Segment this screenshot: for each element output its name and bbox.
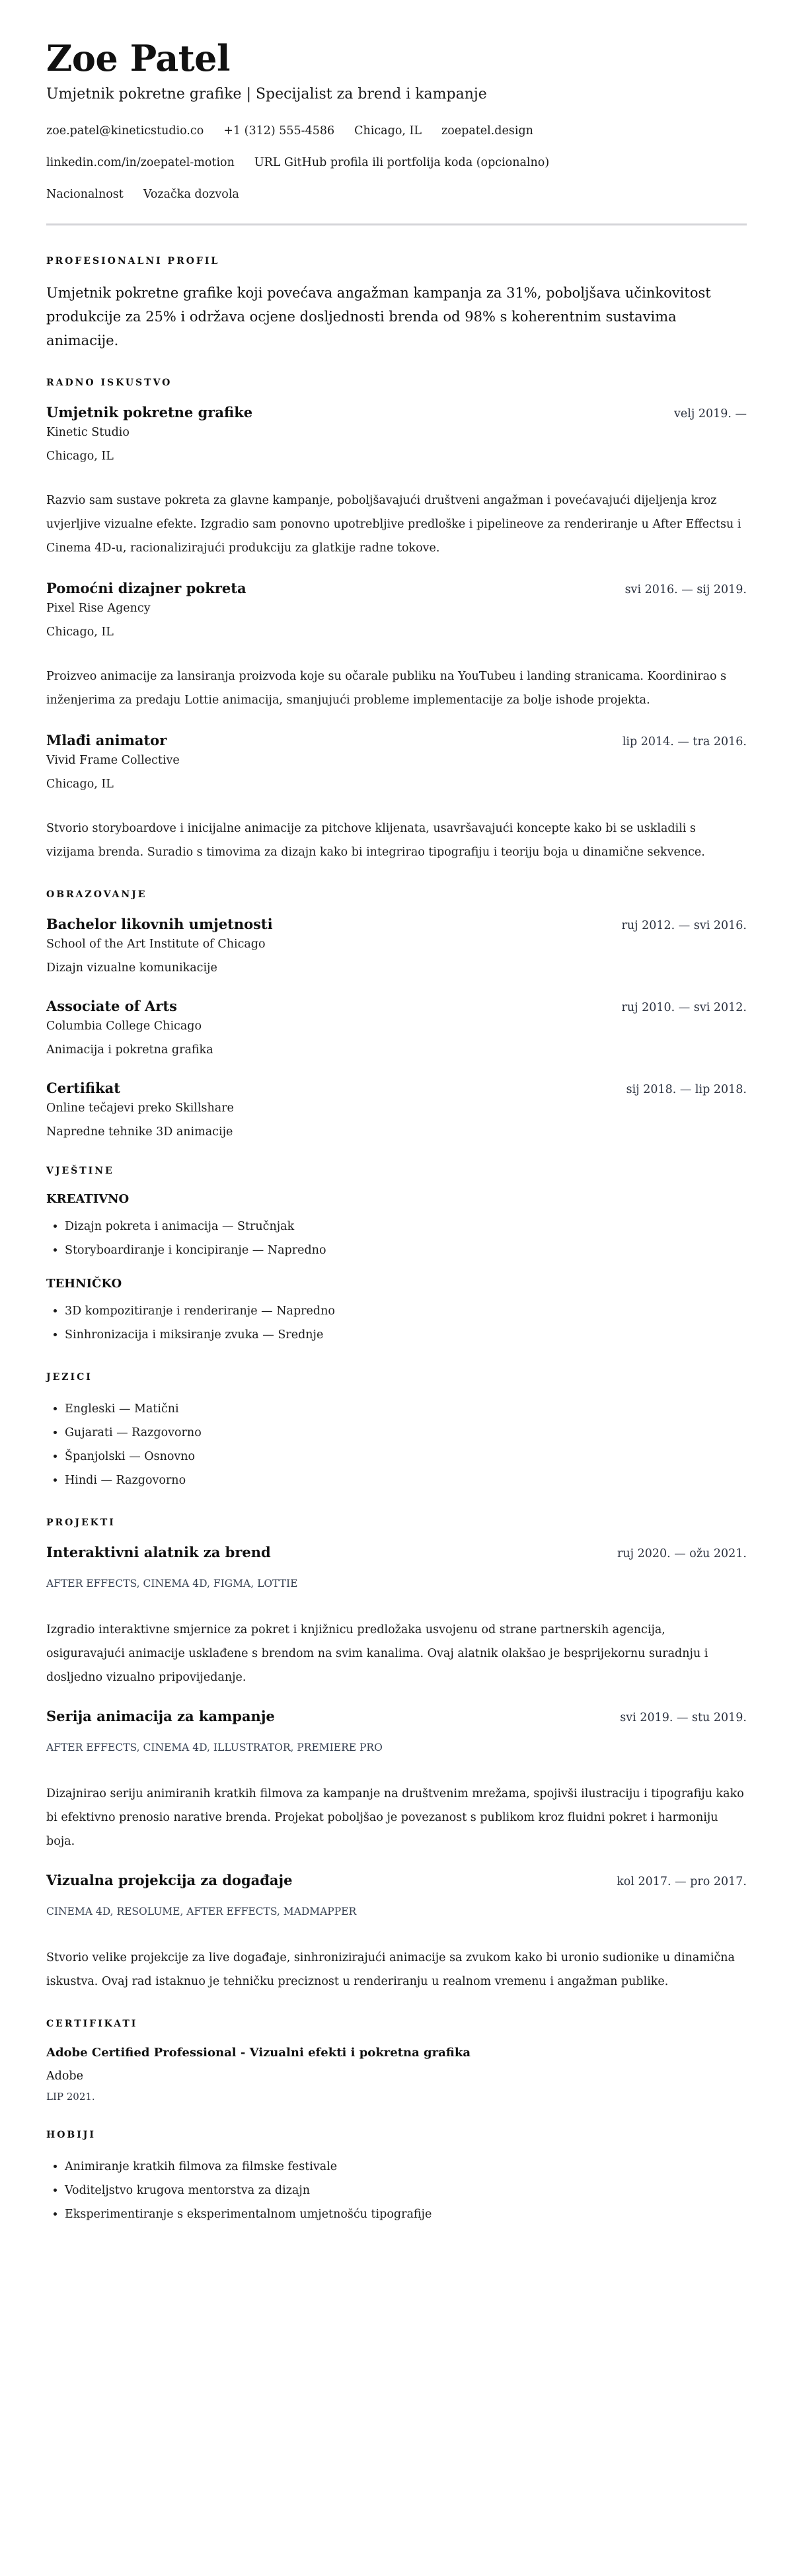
field-of-study: Napredne tehnike 3D animacije <box>46 1123 747 1141</box>
contact-row: zoe.patel@kineticstudio.co+1 (312) 555-4… <box>46 123 747 139</box>
contact-item[interactable]: linkedin.com/in/zoepatel-motion <box>46 155 235 171</box>
job-description: Stvorio storyboardove i inicijalne anima… <box>46 817 747 864</box>
education-section: OBRAZOVANJE Bachelor likovnih umjetnosti… <box>46 888 747 1141</box>
skill-group-title: TEHNIČKO <box>46 1275 747 1293</box>
contact-item[interactable]: zoepatel.design <box>441 123 533 139</box>
entry-header: Umjetnik pokretne grafikevelj 2019. — <box>46 403 747 424</box>
job-description: Proizveo animacije za lansiranja proizvo… <box>46 664 747 712</box>
job-dates: velj 2019. — <box>674 404 747 424</box>
projects-list: Interaktivni alatnik za brendruj 2020. —… <box>46 1543 747 1993</box>
language-item: Engleski — Matični <box>65 1397 747 1421</box>
experience-section: RADNO ISKUSTVO Umjetnik pokretne grafike… <box>46 376 747 864</box>
skill-list: 3D kompozitiranje i renderiranje — Napre… <box>46 1299 747 1347</box>
contact-row: NacionalnostVozačka dozvola <box>46 186 747 202</box>
project-name: Interaktivni alatnik za brend <box>46 1543 271 1562</box>
languages-section: JEZICI Engleski — MatičniGujarati — Razg… <box>46 1371 747 1492</box>
section-title: PROFESIONALNI PROFIL <box>46 255 747 268</box>
skill-item: 3D kompozitiranje i renderiranje — Napre… <box>65 1299 747 1323</box>
project-entry: Vizualna projekcija za događajekol 2017.… <box>46 1871 747 1993</box>
section-title: HOBIJI <box>46 2128 747 2142</box>
company-name: Pixel Rise Agency <box>46 600 747 617</box>
resume-page: Zoe Patel Umjetnik pokretne grafike | Sp… <box>0 0 793 2276</box>
hobbies-section: HOBIJI Animiranje kratkih filmova za fil… <box>46 2128 747 2226</box>
experience-entry: Umjetnik pokretne grafikevelj 2019. —Kin… <box>46 403 747 560</box>
education-dates: sij 2018. — lip 2018. <box>626 1080 747 1100</box>
entry-header: Serija animacija za kampanjesvi 2019. — … <box>46 1707 747 1728</box>
certificate-issuer: Adobe <box>46 2068 747 2085</box>
project-tech-stack: AFTER EFFECTS, CINEMA 4D, FIGMA, LOTTIE <box>46 1576 747 1591</box>
experience-entry: Pomoćni dizajner pokretasvi 2016. — sij … <box>46 579 747 712</box>
experience-list: Umjetnik pokretne grafikevelj 2019. —Kin… <box>46 403 747 864</box>
school-name: Online tečajevi preko Skillshare <box>46 1100 747 1117</box>
profile-summary: Umjetnik pokretne grafike koji povećava … <box>46 281 747 352</box>
project-name: Vizualna projekcija za događaje <box>46 1871 292 1890</box>
company-name: Kinetic Studio <box>46 424 747 441</box>
section-title: JEZICI <box>46 1371 747 1384</box>
resume-header: Zoe Patel Umjetnik pokretne grafike | Sp… <box>46 37 747 202</box>
job-location: Chicago, IL <box>46 448 747 465</box>
contact-row: linkedin.com/in/zoepatel-motionURL GitHu… <box>46 155 747 171</box>
section-title: PROJEKTI <box>46 1516 747 1529</box>
project-name: Serija animacija za kampanje <box>46 1707 275 1726</box>
contact-item: Vozačka dozvola <box>143 186 239 202</box>
certificate-date: LIP 2021. <box>46 2089 747 2105</box>
skill-item: Storyboardiranje i koncipiranje — Napred… <box>65 1238 747 1262</box>
experience-entry: Mlađi animatorlip 2014. — tra 2016.Vivid… <box>46 731 747 864</box>
language-item: Gujarati — Razgovorno <box>65 1421 747 1445</box>
job-description: Razvio sam sustave pokreta za glavne kam… <box>46 489 747 560</box>
language-item: Španjolski — Osnovno <box>65 1445 747 1469</box>
skill-item: Sinhronizacija i miksiranje zvuka — Sred… <box>65 1323 747 1347</box>
contact-item: Chicago, IL <box>354 123 422 139</box>
entry-header: Pomoćni dizajner pokretasvi 2016. — sij … <box>46 579 747 600</box>
section-title: VJEŠTINE <box>46 1164 747 1178</box>
certificates-section: CERTIFIKATI Adobe Certified Professional… <box>46 2017 747 2105</box>
project-description: Izgradio interaktivne smjernice za pokre… <box>46 1618 747 1689</box>
degree-title: Associate of Arts <box>46 996 177 1016</box>
certificates-list: Adobe Certified Professional - Vizualni … <box>46 2044 747 2105</box>
education-entry: Bachelor likovnih umjetnostiruj 2012. — … <box>46 914 747 977</box>
project-tech-stack: CINEMA 4D, RESOLUME, AFTER EFFECTS, MADM… <box>46 1904 747 1919</box>
hobby-item: Voditeljstvo krugova mentorstva za dizaj… <box>65 2179 747 2202</box>
contact-item[interactable]: +1 (312) 555-4586 <box>223 123 334 139</box>
job-title: Umjetnik pokretne grafike <box>46 403 252 423</box>
project-tech-stack: AFTER EFFECTS, CINEMA 4D, ILLUSTRATOR, P… <box>46 1740 747 1755</box>
section-title: OBRAZOVANJE <box>46 888 747 901</box>
profile-section: PROFESIONALNI PROFIL Umjetnik pokretne g… <box>46 255 747 352</box>
certificate-name: Adobe Certified Professional - Vizualni … <box>46 2044 747 2062</box>
contact-info: zoe.patel@kineticstudio.co+1 (312) 555-4… <box>46 123 747 202</box>
school-name: Columbia College Chicago <box>46 1018 747 1035</box>
candidate-headline: Umjetnik pokretne grafike | Specijalist … <box>46 85 747 104</box>
section-title: CERTIFIKATI <box>46 2017 747 2031</box>
contact-item: URL GitHub profila ili portfolija koda (… <box>254 155 549 171</box>
job-title: Mlađi animator <box>46 731 167 750</box>
project-entry: Interaktivni alatnik za brendruj 2020. —… <box>46 1543 747 1689</box>
project-dates: ruj 2020. — ožu 2021. <box>617 1544 747 1564</box>
education-entry: Certifikatsij 2018. — lip 2018.Online te… <box>46 1078 747 1141</box>
skills-list: KREATIVNODizajn pokreta i animacija — St… <box>46 1191 747 1347</box>
candidate-name: Zoe Patel <box>46 37 747 79</box>
degree-title: Certifikat <box>46 1078 120 1098</box>
skill-item: Dizajn pokreta i animacija — Stručnjak <box>65 1215 747 1238</box>
company-name: Vivid Frame Collective <box>46 752 747 769</box>
entry-header: Vizualna projekcija za događajekol 2017.… <box>46 1871 747 1892</box>
entry-header: Certifikatsij 2018. — lip 2018. <box>46 1078 747 1100</box>
project-dates: kol 2017. — pro 2017. <box>617 1872 747 1892</box>
project-dates: svi 2019. — stu 2019. <box>620 1708 747 1728</box>
education-entry: Associate of Artsruj 2010. — svi 2012.Co… <box>46 996 747 1059</box>
language-item: Hindi — Razgovorno <box>65 1469 747 1492</box>
header-divider <box>46 223 747 225</box>
job-dates: svi 2016. — sij 2019. <box>625 580 747 600</box>
project-description: Dizajnirao seriju animiranih kratkih fil… <box>46 1782 747 1853</box>
entry-header: Bachelor likovnih umjetnostiruj 2012. — … <box>46 914 747 936</box>
job-dates: lip 2014. — tra 2016. <box>623 732 747 752</box>
degree-title: Bachelor likovnih umjetnosti <box>46 914 273 934</box>
job-location: Chicago, IL <box>46 624 747 641</box>
hobby-item: Eksperimentiranje s eksperimentalnom umj… <box>65 2202 747 2226</box>
contact-item: Nacionalnost <box>46 186 124 202</box>
entry-header: Associate of Artsruj 2010. — svi 2012. <box>46 996 747 1018</box>
field-of-study: Animacija i pokretna grafika <box>46 1041 747 1059</box>
project-entry: Serija animacija za kampanjesvi 2019. — … <box>46 1707 747 1853</box>
education-list: Bachelor likovnih umjetnostiruj 2012. — … <box>46 914 747 1141</box>
projects-section: PROJEKTI Interaktivni alatnik za brendru… <box>46 1516 747 1993</box>
education-dates: ruj 2010. — svi 2012. <box>622 998 747 1018</box>
project-description: Stvorio velike projekcije za live događa… <box>46 1946 747 1993</box>
section-title: RADNO ISKUSTVO <box>46 376 747 389</box>
certificate-entry: Adobe Certified Professional - Vizualni … <box>46 2044 747 2105</box>
hobby-item: Animiranje kratkih filmova za filmske fe… <box>65 2155 747 2179</box>
skill-group-title: KREATIVNO <box>46 1191 747 1208</box>
skills-section: VJEŠTINE KREATIVNODizajn pokreta i anima… <box>46 1164 747 1347</box>
job-location: Chicago, IL <box>46 776 747 793</box>
languages-list: Engleski — MatičniGujarati — RazgovornoŠ… <box>46 1397 747 1492</box>
job-title: Pomoćni dizajner pokreta <box>46 579 246 598</box>
hobbies-list: Animiranje kratkih filmova za filmske fe… <box>46 2155 747 2226</box>
field-of-study: Dizajn vizualne komunikacije <box>46 959 747 977</box>
entry-header: Mlađi animatorlip 2014. — tra 2016. <box>46 731 747 752</box>
school-name: School of the Art Institute of Chicago <box>46 936 747 953</box>
skill-list: Dizajn pokreta i animacija — StručnjakSt… <box>46 1215 747 1262</box>
contact-item[interactable]: zoe.patel@kineticstudio.co <box>46 123 204 139</box>
education-dates: ruj 2012. — svi 2016. <box>622 916 747 936</box>
entry-header: Interaktivni alatnik za brendruj 2020. —… <box>46 1543 747 1564</box>
